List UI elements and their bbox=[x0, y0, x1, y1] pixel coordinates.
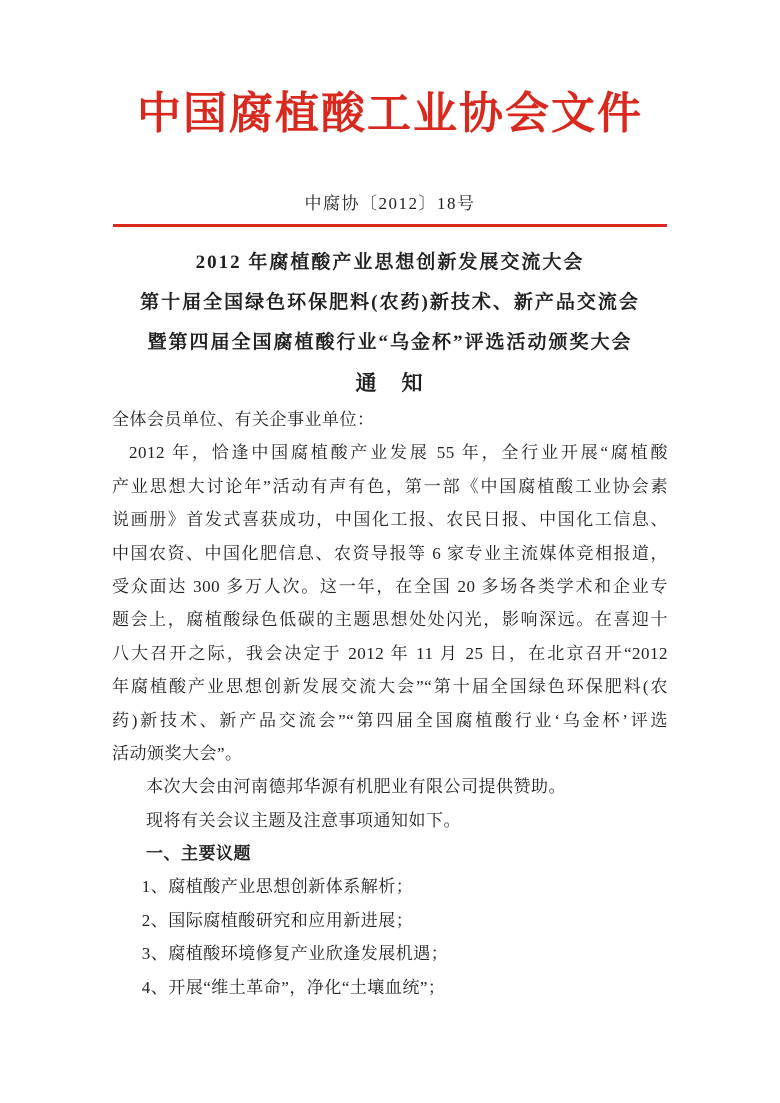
paragraph-line: 2012 年，恰逢中国腐植酸产业发展 55 年，全行业开展“腐植酸 bbox=[112, 436, 668, 469]
paragraph-line: 年腐植酸产业思想创新发展交流大会”“第十届全国绿色环保肥料(农 bbox=[112, 670, 668, 703]
agenda-item-1: 1、腐植酸产业思想创新体系解析； bbox=[112, 870, 668, 903]
document-page: 中国腐植酸工业协会文件 中腐协〔2012〕18号 2012 年腐植酸产业思想创新… bbox=[0, 0, 780, 1103]
salutation-line: 全体会员单位、有关企事业单位： bbox=[112, 403, 668, 436]
org-title: 中国腐植酸工业协会文件 bbox=[0, 88, 780, 140]
paragraph-line: 题会上，腐植酸绿色低碳的主题思想处处闪光，影响深远。在喜迎十 bbox=[112, 603, 668, 636]
paragraph-line: 药)新技术、新产品交流会”“第四届全国腐植酸行业‘乌金杯’评选 bbox=[112, 704, 668, 737]
paragraph-line: 受众面达 300 多万人次。这一年，在全国 20 多场各类学术和企业专 bbox=[112, 570, 668, 603]
agenda-item-2: 2、国际腐植酸研究和应用新进展； bbox=[112, 904, 668, 937]
meeting-title-line-1: 2012 年腐植酸产业思想创新发展交流大会 bbox=[0, 243, 780, 283]
agenda-item-3: 3、腐植酸环境修复产业欣逢发展机遇； bbox=[112, 937, 668, 970]
document-body: 全体会员单位、有关企事业单位： 2012 年，恰逢中国腐植酸产业发展 55 年，… bbox=[112, 403, 668, 1004]
notice-title: 通 知 bbox=[0, 363, 780, 403]
section-heading-main-topics: 一、主要议题 bbox=[112, 837, 668, 870]
paragraph-line: 产业思想大讨论年”活动有声有色，第一部《中国腐植酸工业协会素 bbox=[112, 470, 668, 503]
paragraph-line: 说画册》首发式喜获成功，中国化工报、农民日报、中国化工信息、 bbox=[112, 503, 668, 536]
paragraph-line: 八大召开之际，我会决定于 2012 年 11 月 25 日，在北京召开“2012 bbox=[112, 637, 668, 670]
notice-intro-line: 现将有关会议主题及注意事项通知如下。 bbox=[112, 804, 668, 837]
agenda-item-4: 4、开展“维土革命”，净化“土壤血统”； bbox=[112, 971, 668, 1004]
red-divider bbox=[113, 224, 667, 227]
meeting-title-line-2: 第十届全国绿色环保肥料(农药)新技术、新产品交流会 bbox=[0, 283, 780, 323]
doc-number: 中腐协〔2012〕18号 bbox=[0, 192, 780, 216]
paragraph-line: 中国农资、中国化肥信息、农资导报等 6 家专业主流媒体竞相报道， bbox=[112, 537, 668, 570]
meeting-titles: 2012 年腐植酸产业思想创新发展交流大会 第十届全国绿色环保肥料(农药)新技术… bbox=[0, 243, 780, 403]
paragraph-line: 活动颁奖大会”。 bbox=[112, 737, 668, 770]
meeting-title-line-3: 暨第四届全国腐植酸行业“乌金杯”评选活动颁奖大会 bbox=[0, 323, 780, 363]
sponsor-line: 本次大会由河南德邦华源有机肥业有限公司提供赞助。 bbox=[112, 770, 668, 803]
